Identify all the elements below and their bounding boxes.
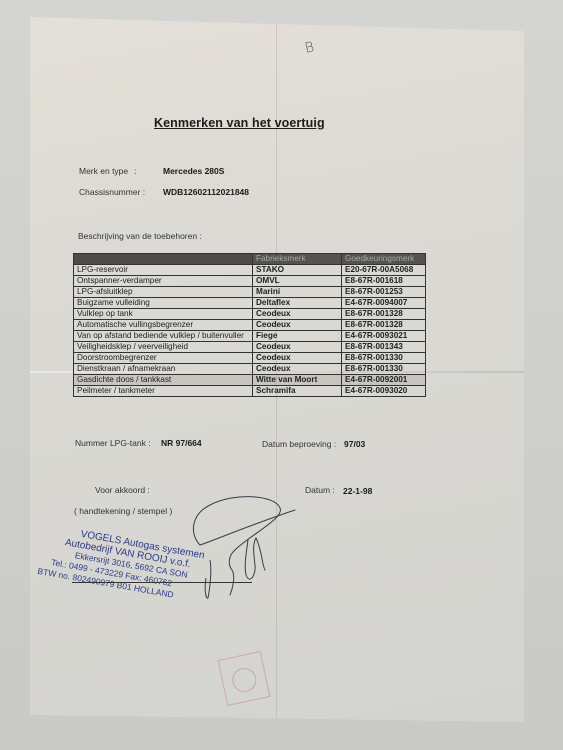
signature-icon	[0, 0, 563, 750]
stamp-ring	[230, 666, 258, 694]
faded-red-stamp-icon	[218, 651, 271, 706]
